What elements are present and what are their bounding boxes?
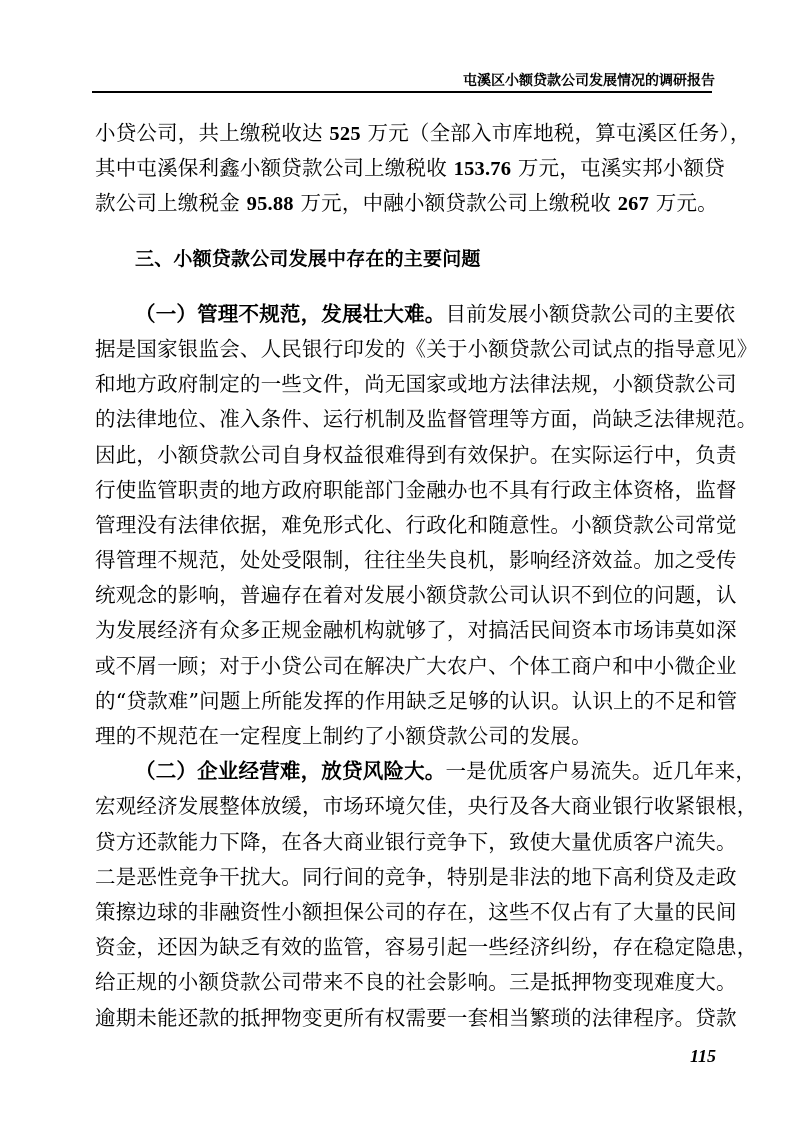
text-run: 目前发展小额贷款公司的主要依 <box>446 302 736 326</box>
text-line: 统观念的影响，普遍存在着对发展小额贷款公司认识不到位的问题，认 <box>95 578 715 613</box>
text-run: 其中屯溪保利鑫小额贷款公司上缴税收 <box>95 156 454 180</box>
text-line: （二）企业经营难，放贷风险大。一是优质客户易流失。近几年来， <box>95 754 715 789</box>
text-run: 小贷公司，共上缴税收达 <box>95 121 329 145</box>
text-line: 的法律地位、准入条件、运行机制及监督管理等方面，尚缺乏法律规范。 <box>95 402 715 437</box>
text-line: 给正规的小额贷款公司带来不良的社会影响。三是抵押物变现难度大。 <box>95 965 715 1000</box>
header-rule <box>92 91 712 93</box>
text-line: 策擦边球的非融资性小额担保公司的存在，这些不仅占有了大量的民间 <box>95 895 715 930</box>
text-line: 小贷公司，共上缴税收达 525 万元（全部入市库地税，算屯溪区任务）， <box>95 116 715 151</box>
subsection-title: 企业经营难，放贷风险大。 <box>197 759 445 783</box>
tax-figure: 267 <box>618 193 649 215</box>
text-run: 万元。 <box>649 191 718 215</box>
text-line: 和地方政府制定的一些文件，尚无国家或地方法律法规，小额贷款公司 <box>95 367 715 402</box>
text-line: 理的不规范在一定程度上制约了小额贷款公司的发展。 <box>95 719 715 754</box>
text-line: 宏观经济发展整体放缓，市场环境欠佳，央行及各大商业银行收紧银根， <box>95 789 715 824</box>
subsection-title: 管理不规范，发展壮大难。 <box>197 302 445 326</box>
text-line: 为发展经济有众多正规金融机构就够了，对搞活民间资本市场讳莫如深 <box>95 613 715 648</box>
subsection-1-paragraph: （一）管理不规范，发展壮大难。目前发展小额贷款公司的主要依 据是国家银监会、人民… <box>95 297 715 754</box>
tax-figure: 153.76 <box>454 158 512 180</box>
section-heading: 三、小额贷款公司发展中存在的主要问题 <box>95 242 715 277</box>
text-run: 款公司上缴税金 <box>95 191 247 215</box>
text-line: 贷方还款能力下降，在各大商业银行竞争下，致使大量优质客户流失。 <box>95 825 715 860</box>
text-line: 的“贷款难”问题上所能发挥的作用缺乏足够的认识。认识上的不足和管 <box>95 684 715 719</box>
body-text: 小贷公司，共上缴税收达 525 万元（全部入市库地税，算屯溪区任务）， 其中屯溪… <box>95 116 715 1036</box>
text-run: 万元（全部入市库地税，算屯溪区任务）， <box>361 121 751 145</box>
text-line: 行使监管职责的地方政府职能部门金融办也不具有行政主体资格，监督 <box>95 473 715 508</box>
page-number: 115 <box>640 1046 716 1067</box>
tax-figure: 525 <box>329 123 360 145</box>
text-line: 管理没有法律依据，难免形式化、行政化和随意性。小额贷款公司常觉 <box>95 508 715 543</box>
text-run: 一是优质客户易流失。近几年来， <box>446 759 757 783</box>
text-line: 得管理不规范，处处受限制，往往坐失良机，影响经济效益。加之受传 <box>95 543 715 578</box>
text-line: （一）管理不规范，发展壮大难。目前发展小额贷款公司的主要依 <box>95 297 715 332</box>
text-run: 万元，屯溪实邦小额贷 <box>511 156 725 180</box>
subsection-label: （二） <box>135 759 197 783</box>
tax-figure: 95.88 <box>247 193 294 215</box>
text-line: 据是国家银监会、人民银行印发的《关于小额贷款公司试点的指导意见》 <box>95 332 715 367</box>
spacer <box>95 277 715 297</box>
text-line: 二是恶性竞争干扰大。同行间的竞争，特别是非法的地下高利贷及走政 <box>95 860 715 895</box>
text-line: 逾期未能还款的抵押物变更所有权需要一套相当繁琐的法律程序。贷款 <box>95 1001 715 1036</box>
text-line: 资金，还因为缺乏有效的监管，容易引起一些经济纠纷，存在稳定隐患， <box>95 930 715 965</box>
text-line: 或不屑一顾；对于小贷公司在解决广大农户、个体工商户和中小微企业 <box>95 649 715 684</box>
continued-paragraph: 小贷公司，共上缴税收达 525 万元（全部入市库地税，算屯溪区任务）， 其中屯溪… <box>95 116 715 222</box>
running-head: 屯溪区小额贷款公司发展情况的调研报告 <box>420 70 715 90</box>
text-line: 款公司上缴税金 95.88 万元，中融小额贷款公司上缴税收 267 万元。 <box>95 186 715 221</box>
subsection-label: （一） <box>135 302 197 326</box>
text-line: 因此，小额贷款公司自身权益很难得到有效保护。在实际运行中，负责 <box>95 438 715 473</box>
spacer <box>95 222 715 242</box>
text-line: 其中屯溪保利鑫小额贷款公司上缴税收 153.76 万元，屯溪实邦小额贷 <box>95 151 715 186</box>
text-run: 万元，中融小额贷款公司上缴税收 <box>294 191 618 215</box>
subsection-2-paragraph: （二）企业经营难，放贷风险大。一是优质客户易流失。近几年来， 宏观经济发展整体放… <box>95 754 715 1036</box>
